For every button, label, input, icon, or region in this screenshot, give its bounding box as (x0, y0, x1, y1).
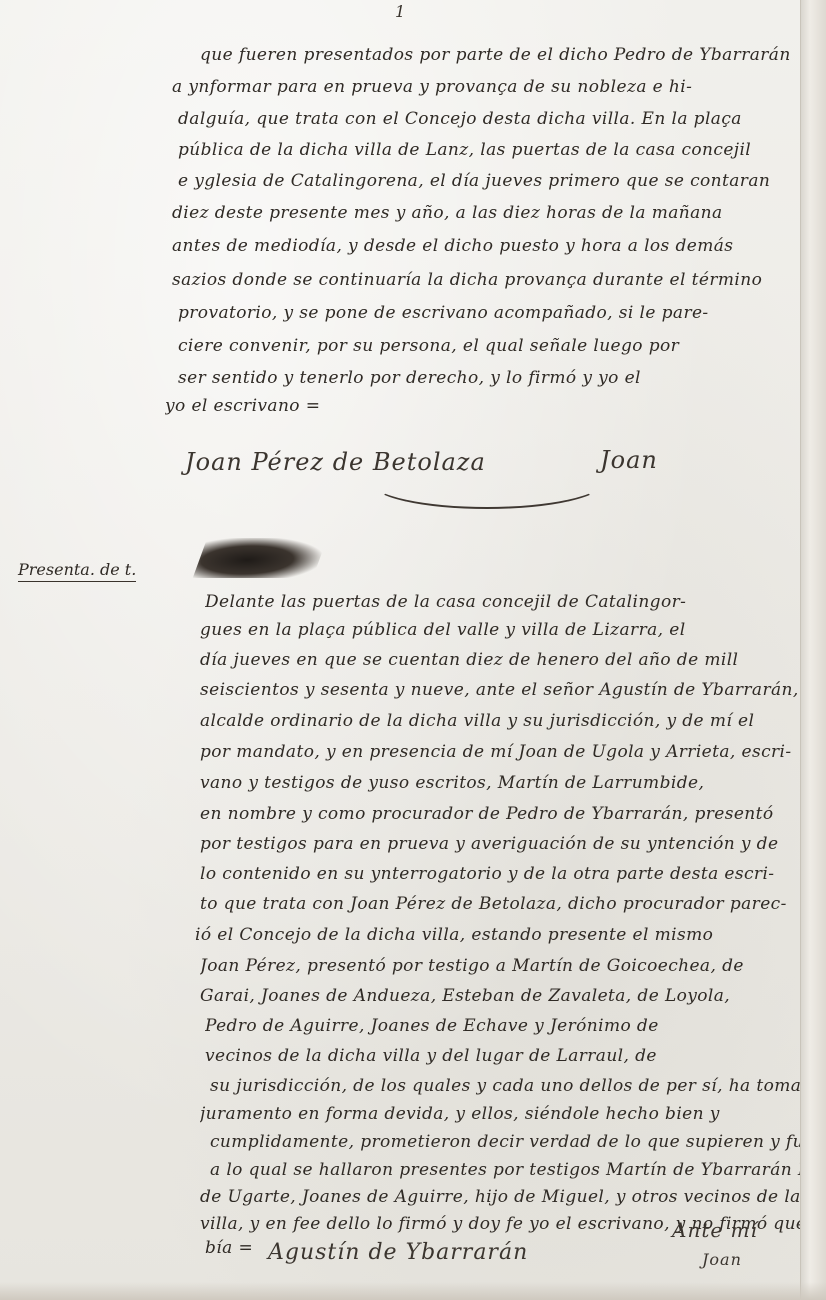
manuscript-line: Delante las puertas de la casa concejil … (205, 592, 800, 612)
manuscript-line: provatorio, y se pone de escrivano acomp… (178, 303, 798, 323)
manuscript-line: juramento en forma devida, y ellos, sién… (200, 1104, 800, 1124)
manuscript-line: vano y testigos de yuso escritos, Martín… (200, 773, 800, 793)
manuscript-page: 1 que fueren presentados por parte de el… (0, 0, 800, 1300)
manuscript-line: sazios donde se continuaría la dicha pro… (172, 270, 798, 290)
manuscript-line: Pedro de Aguirre, Joanes de Echave y Jer… (205, 1016, 800, 1036)
manuscript-line: en nombre y como procurador de Pedro de … (200, 804, 800, 824)
folio-mark: 1 (395, 2, 405, 21)
manuscript-line: gues en la plaça pública del valle y vil… (200, 620, 800, 640)
manuscript-line: su jurisdicción, de los quales y cada un… (210, 1076, 800, 1096)
manuscript-line: to que trata con Joan Pérez de Betolaza,… (200, 894, 800, 914)
signature-flourish (370, 455, 604, 509)
manuscript-line: a lo qual se hallaron presentes por test… (210, 1160, 800, 1180)
manuscript-line: ser sentido y tenerlo por derecho, y lo … (178, 368, 798, 388)
manuscript-line: antes de mediodía, y desde el dicho pues… (172, 236, 798, 256)
margin-note: Presenta. de t. (18, 560, 136, 582)
manuscript-line: Garai, Joanes de Andueza, Esteban de Zav… (200, 986, 800, 1006)
manuscript-line: yo el escrivano = (165, 396, 465, 416)
manuscript-line: que fueren presentados por parte de el d… (200, 45, 795, 65)
manuscript-line: ciere convenir, por su persona, el qual … (178, 336, 798, 356)
manuscript-line: por testigos para en prueva y averiguaci… (200, 834, 800, 854)
manuscript-line: seiscientos y sesenta y nueve, ante el s… (200, 680, 800, 700)
signature-joan: Joan (600, 446, 658, 474)
manuscript-line: pública de la dicha villa de Lanz, las p… (178, 140, 798, 160)
manuscript-line: alcalde ordinario de la dicha villa y su… (200, 711, 800, 731)
manuscript-line: por mandato, y en presencia de mí Joan d… (200, 742, 800, 762)
manuscript-line: dalguía, que trata con el Concejo desta … (178, 109, 798, 129)
manuscript-line: diez deste presente mes y año, a las die… (172, 203, 798, 223)
page-edge (800, 0, 826, 1300)
page-bottom-shadow (0, 1282, 826, 1300)
manuscript-line: vecinos de la dicha villa y del lugar de… (205, 1046, 800, 1066)
manuscript-line: lo contenido en su ynterrogatorio y de l… (200, 864, 800, 884)
ink-blot (193, 538, 328, 578)
manuscript-line: a ynformar para en prueva y provança de … (172, 77, 797, 97)
signature-agustin: Agustín de Ybarrarán (268, 1240, 528, 1265)
manuscript-line: ió el Concejo de la dicha villa, estando… (195, 925, 800, 945)
manuscript-line: de Ugarte, Joanes de Aguirre, hijo de Mi… (200, 1187, 800, 1207)
manuscript-line: día jueves en que se cuentan diez de hen… (200, 650, 800, 670)
signature-joan-escribano: Joan (702, 1250, 742, 1269)
manuscript-line: cumplidamente, prometieron decir verdad … (210, 1132, 800, 1152)
manuscript-line: e yglesia de Catalingorena, el día jueve… (178, 171, 798, 191)
signature-ante-mi: Ante mí (672, 1218, 758, 1242)
manuscript-line: Joan Pérez, presentó por testigo a Martí… (200, 956, 800, 976)
